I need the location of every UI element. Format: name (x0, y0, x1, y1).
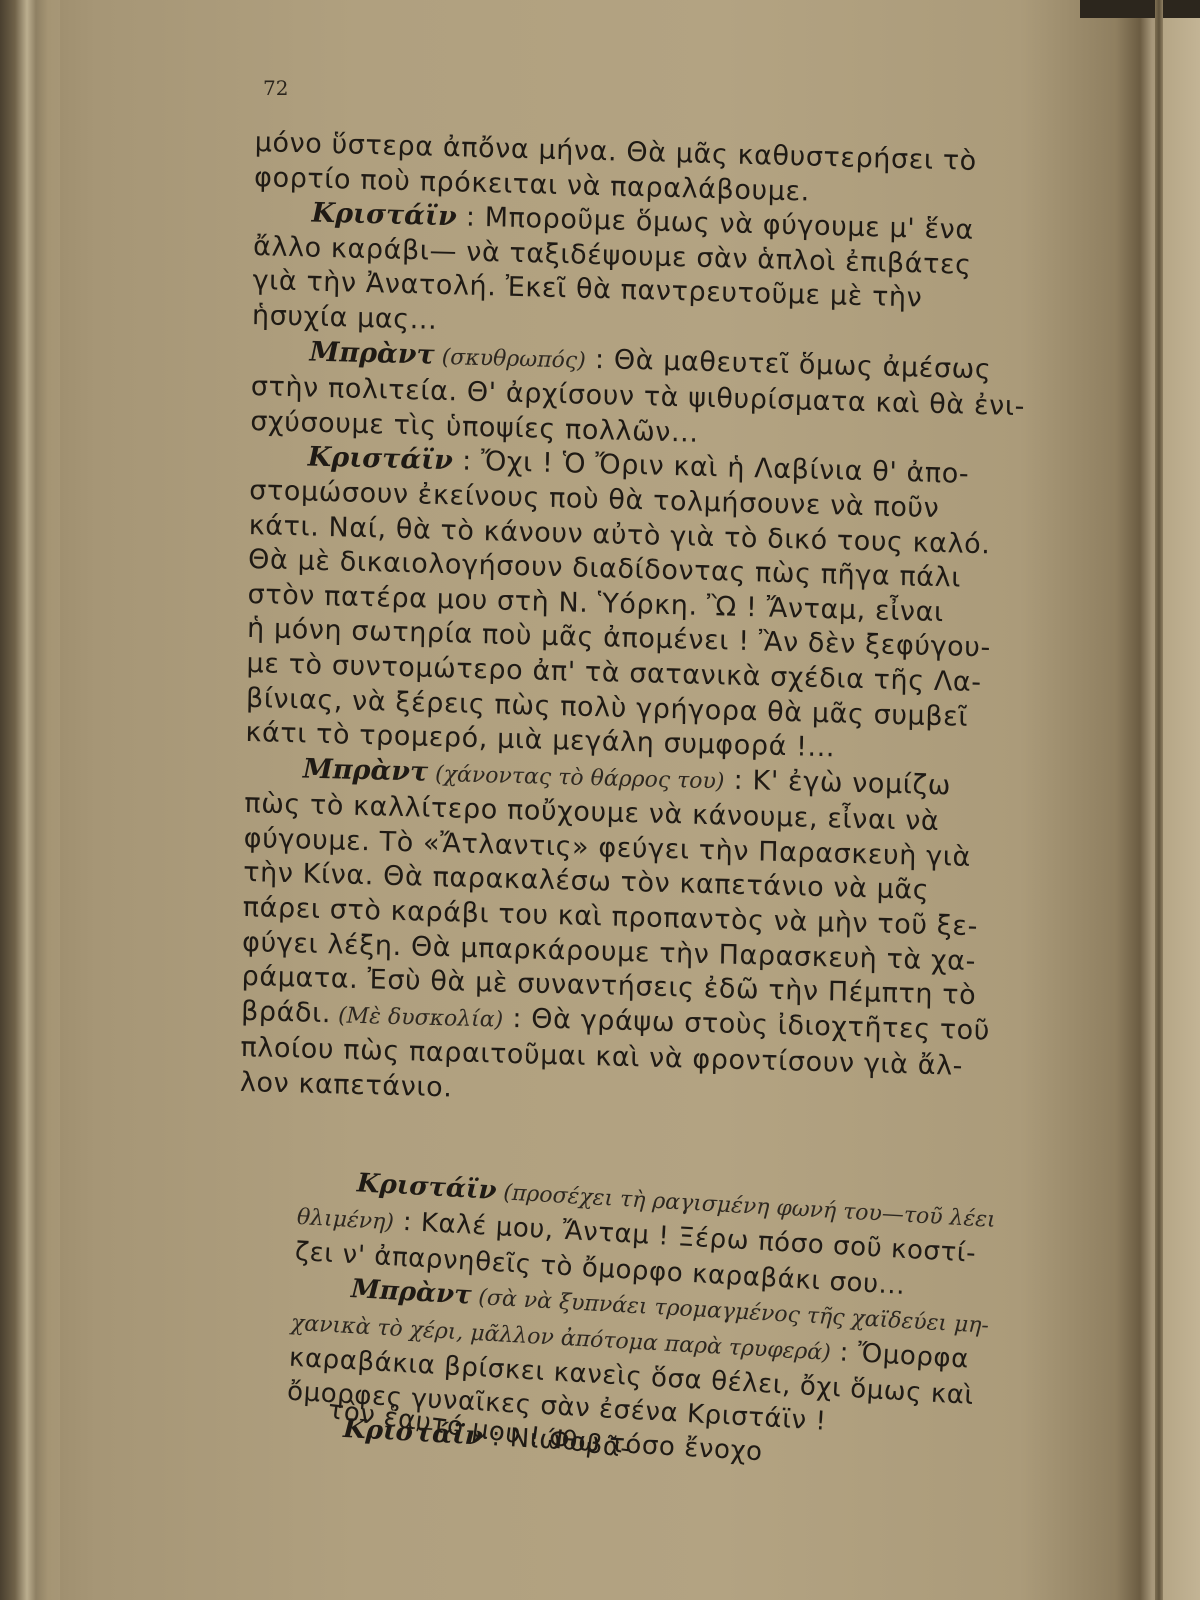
stage-direction: (σκυθρωπός) (434, 344, 585, 373)
dialogue-text: : Ὄμορφα (830, 1337, 970, 1375)
speaker-name: Κριστάϊν (308, 442, 454, 477)
book-gutter (1155, 0, 1163, 1600)
dialogue-text: : Κ' ἐγὼ νομίζω (724, 764, 951, 801)
body-text: μόνο ὕστερα ἀπὄνα μήνα. Θὰ μᾶς καθυστερή… (240, 126, 1145, 1124)
stage-direction: (χάνοντας τὸ θάρρος του) (428, 761, 725, 794)
stage-direction: θλιμένη) (296, 1205, 394, 1235)
speaker-name: Μπρὰντ (303, 753, 429, 787)
book-page-photo: 72 μόνο ὕστερα ἀπὄνα μήνα. Θὰ μᾶς καθυστ… (0, 0, 1200, 1600)
page-number: 72 (263, 76, 288, 100)
left-page-edge (0, 0, 60, 1600)
top-shadow (1080, 0, 1200, 18)
body-text-curved: Κριστάϊν (προσέχει τὴ ραγισμένη φωνή του… (284, 1163, 1158, 1491)
speaker-name: Κριστάϊν (356, 1168, 497, 1206)
speaker-name: Μπρὰντ (350, 1274, 472, 1311)
facing-page-edge (1163, 18, 1200, 1600)
speaker-name: Κριστάϊν (311, 198, 457, 233)
stage-direction: (Μὲ δυσκολία) (331, 1003, 504, 1033)
speaker-name: Μπρὰντ (309, 336, 435, 370)
dialogue-text: βράδι. (241, 996, 331, 1029)
